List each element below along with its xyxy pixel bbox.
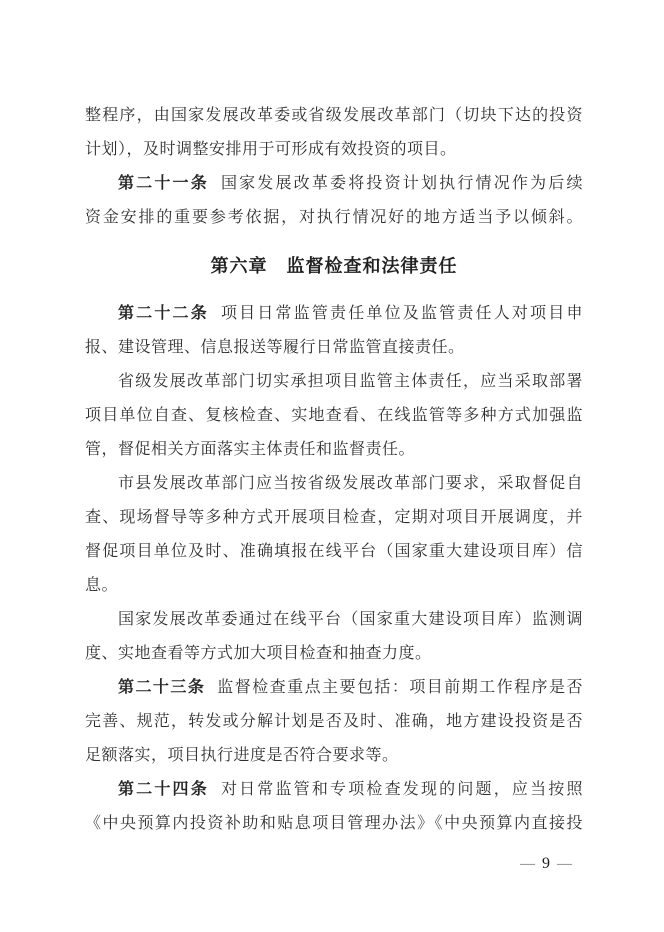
page-number-dash-right: — [550,856,579,872]
line-text: 项目单位自查、复核检查、实地查看、在线监管等多种方式加强监 [85,407,583,424]
line-text: 国家发展改革委将投资计划执行情况作为后续 [221,175,583,192]
text-line: 报、建设管理、信息报送等履行日常监管直接责任。 [85,331,583,365]
text-line: 息。 [85,569,583,603]
text-line: 督促项目单位及时、准确填报在线平台（国家重大建设项目库）信 [85,535,583,569]
text-line: 《中央预算内投资补助和贴息项目管理办法》《中央预算内直接投 [85,807,583,841]
text-line: 整程序，由国家发展改革委或省级发展改革部门（切块下达的投资 [85,99,583,133]
line-text: 省级发展改革部门切实承担项目监管主体责任，应当采取部署 [118,373,583,390]
line-text: 监督检查重点主要包括：项目前期工作程序是否 [217,679,583,696]
text-line: 市县发展改革部门应当按省级发展改革部门要求，采取督促自 [85,467,583,501]
line-text: 查、现场督导等多种方式开展项目检查，定期对项目开展调度，并 [85,509,583,526]
text-line: 完善、规范，转发或分解计划是否及时、准确，地方建设投资是否 [85,705,583,739]
line-text: 计划），及时调整安排用于可形成有效投资的项目。 [85,141,457,158]
article-number: 第二十三条 [118,679,205,696]
line-text: 对日常监管和专项检查发现的问题，应当按照 [221,781,583,798]
line-text: 国家发展改革委通过在线平台（国家重大建设项目库）监测调 [118,611,583,628]
line-text: 项目日常监管责任单位及监管责任人对项目申 [221,305,583,322]
line-text: 市县发展改革部门应当按省级发展改革部门要求，采取督促自 [118,475,583,492]
line-text: 息。 [85,577,118,594]
chapter-heading: 第六章 监督检查和法律责任 [85,248,583,284]
text-line: 国家发展改革委通过在线平台（国家重大建设项目库）监测调 [85,603,583,637]
text-line: 管，督促相关方面落实主体责任和监督责任。 [85,433,583,467]
line-text: 整程序，由国家发展改革委或省级发展改革部门（切块下达的投资 [85,107,583,124]
text-line-article-21: 第二十一条国家发展改革委将投资计划执行情况作为后续 [85,167,583,201]
line-text: 完善、规范，转发或分解计划是否及时、准确，地方建设投资是否 [85,713,583,730]
document-page: 整程序，由国家发展改革委或省级发展改革部门（切块下达的投资 计划），及时调整安排… [0,0,664,932]
text-line: 项目单位自查、复核检查、实地查看、在线监管等多种方式加强监 [85,399,583,433]
article-number: 第二十四条 [118,781,209,798]
page-number: —9— [85,853,583,875]
text-line: 省级发展改革部门切实承担项目监管主体责任，应当采取部署 [85,365,583,399]
line-text: 度、实地查看等方式加大项目检查和抽查力度。 [85,645,432,662]
text-line: 查、现场督导等多种方式开展项目检查，定期对项目开展调度，并 [85,501,583,535]
text-line: 资金安排的重要参考依据，对执行情况好的地方适当予以倾斜。 [85,201,583,235]
line-text: 资金安排的重要参考依据，对执行情况好的地方适当予以倾斜。 [85,209,583,226]
text-block: 整程序，由国家发展改革委或省级发展改革部门（切块下达的投资 计划），及时调整安排… [85,0,583,875]
text-line: 足额落实，项目执行进度是否符合要求等。 [85,739,583,773]
article-number: 第二十一条 [118,175,209,192]
line-text: 督促项目单位及时、准确填报在线平台（国家重大建设项目库）信 [85,543,583,560]
line-text: 报、建设管理、信息报送等履行日常监管直接责任。 [85,339,465,356]
text-line-article-22: 第二十二条项目日常监管责任单位及监管责任人对项目申 [85,297,583,331]
article-number: 第二十二条 [118,305,209,322]
text-line: 度、实地查看等方式加大项目检查和抽查力度。 [85,637,583,671]
line-text: 管，督促相关方面落实主体责任和监督责任。 [85,441,415,458]
page-number-dash-left: — [513,856,542,872]
page-number-value: 9 [542,855,550,872]
line-text: 足额落实，项目执行进度是否符合要求等。 [85,747,399,764]
text-line: 计划），及时调整安排用于可形成有效投资的项目。 [85,133,583,167]
text-line-article-23: 第二十三条监督检查重点主要包括：项目前期工作程序是否 [85,671,583,705]
line-text: 《中央预算内投资补助和贴息项目管理办法》《中央预算内直接投 [85,815,583,832]
text-line-article-24: 第二十四条对日常监管和专项检查发现的问题，应当按照 [85,773,583,807]
